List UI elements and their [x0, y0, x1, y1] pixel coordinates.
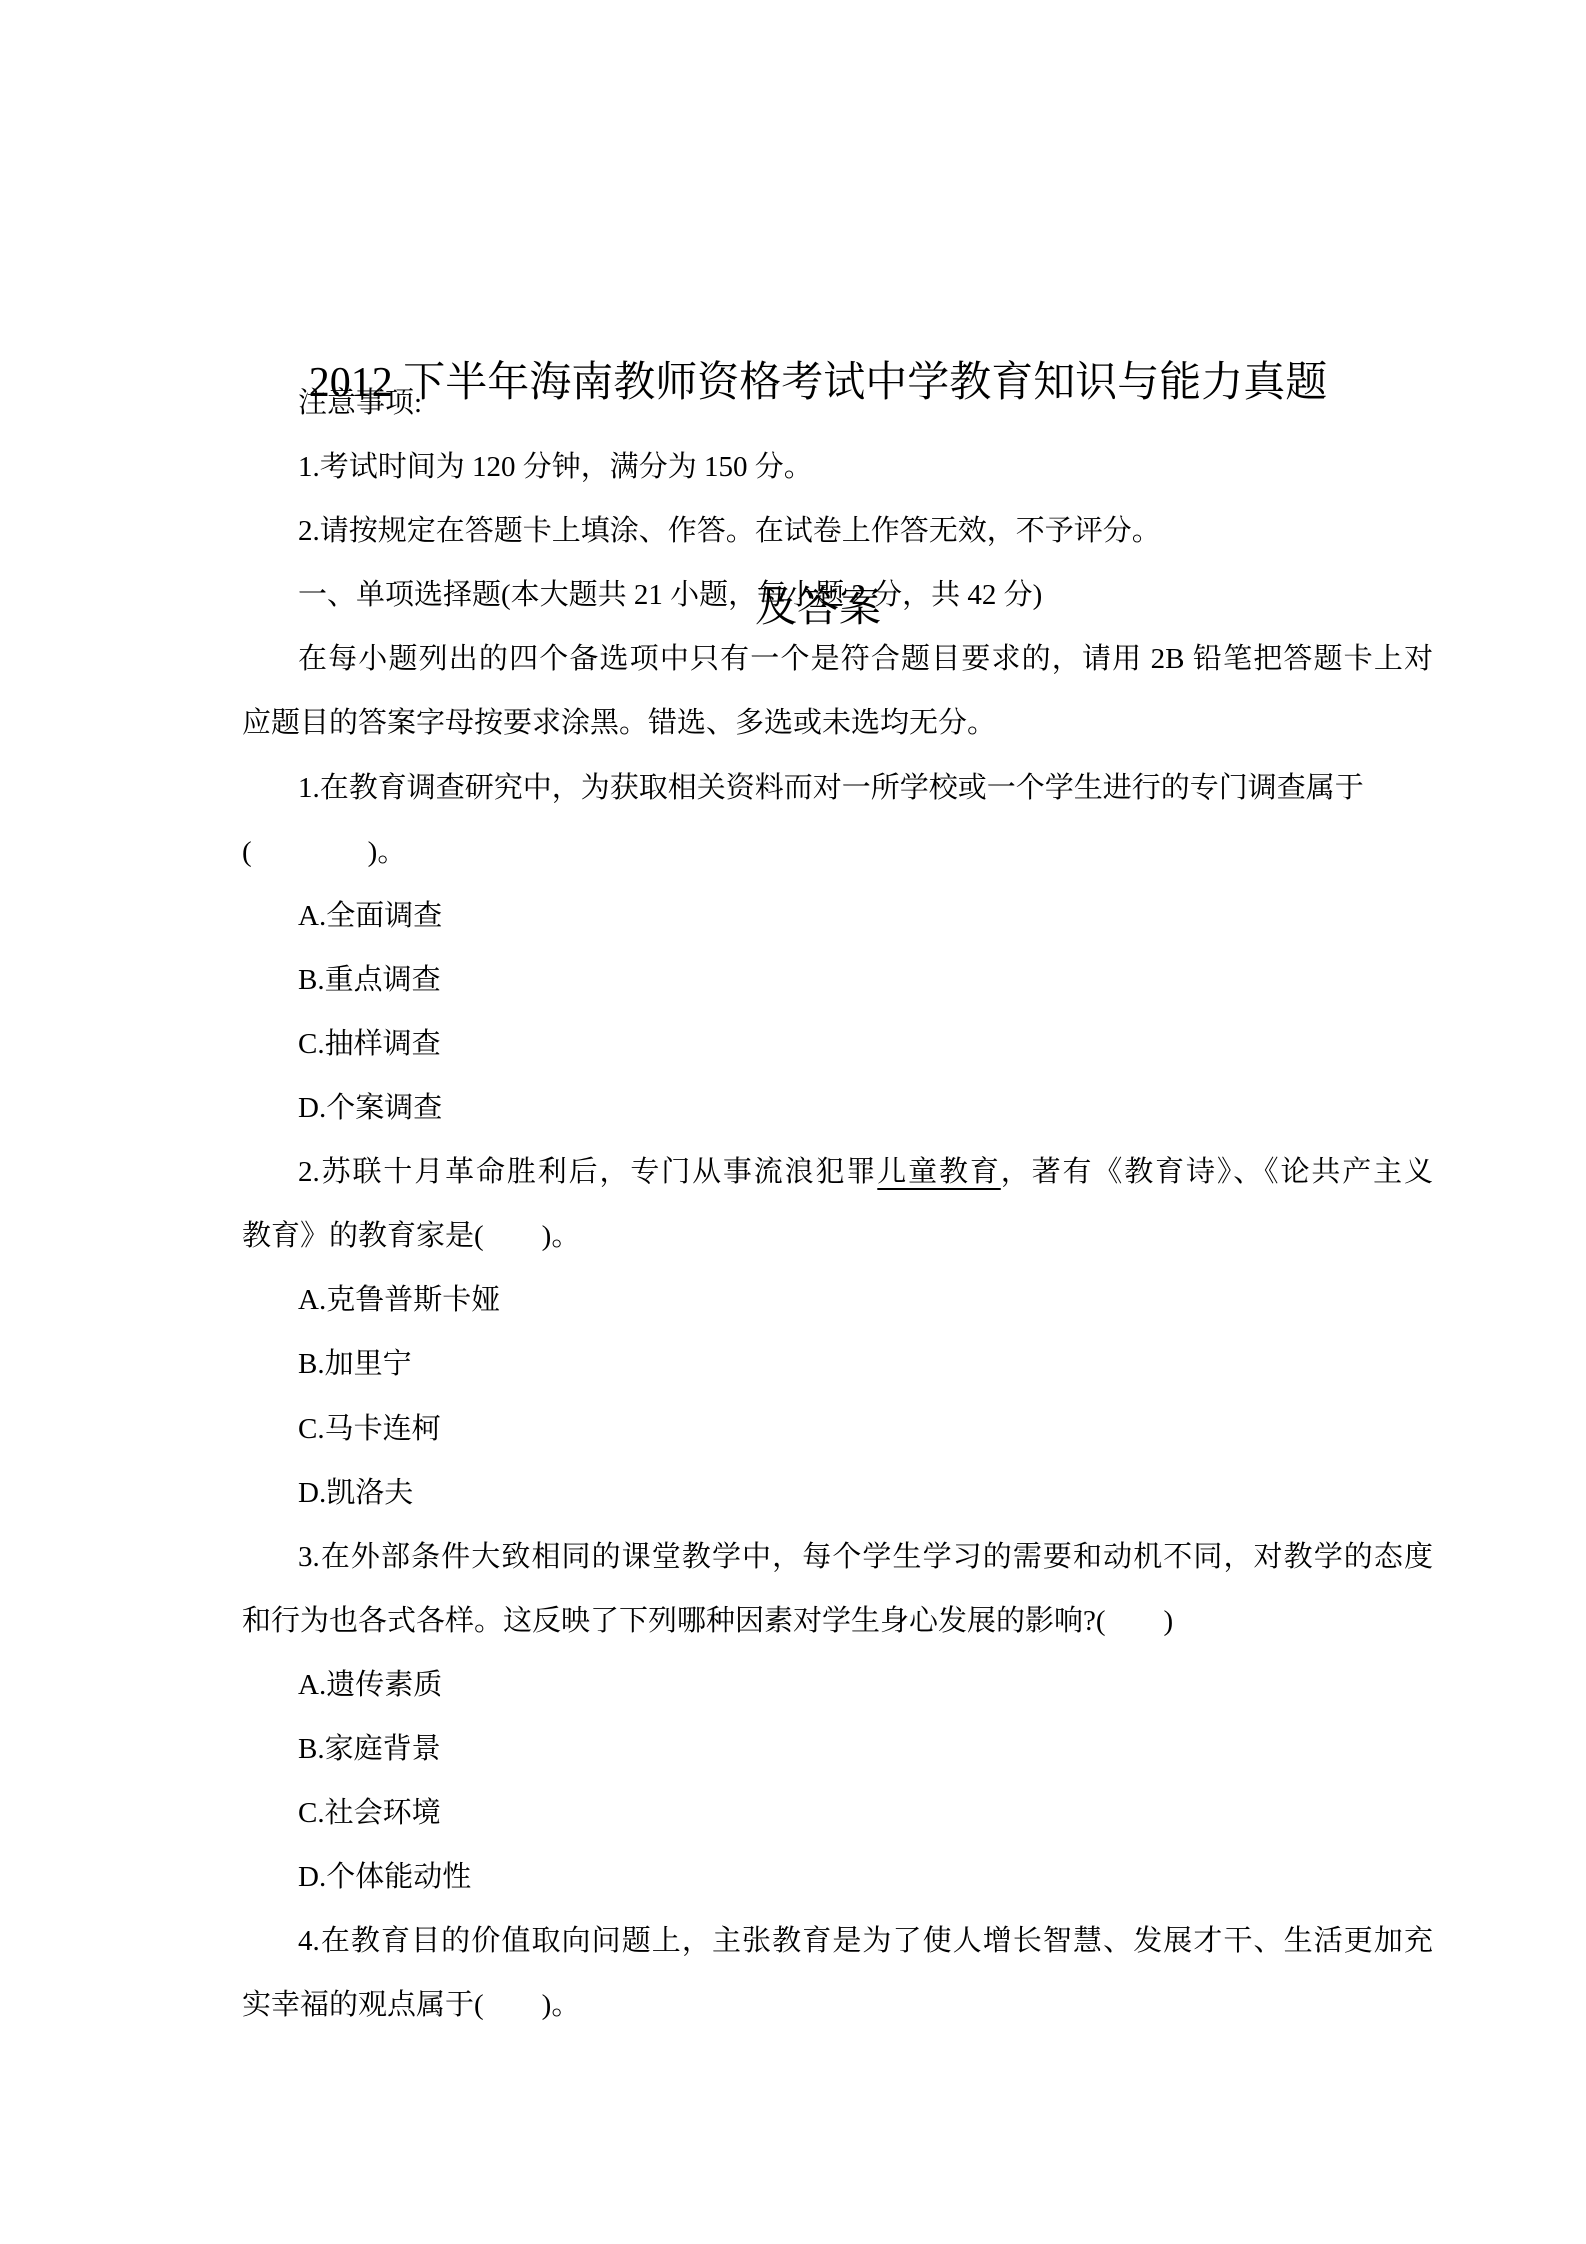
question-3-stem-line-1: 3.在外部条件大致相同的课堂教学中，每个学生学习的需要和动机不同，对教学的态度 [242, 1525, 1433, 1589]
question-1-option-a: A.全面调查 [242, 884, 1433, 948]
question-2-stem-line-1: 2.苏联十月革命胜利后，专门从事流浪犯罪儿童教育，著有《教育诗》、《论共产主义 [242, 1140, 1433, 1204]
question-3-option-a: A.遗传素质 [242, 1653, 1433, 1717]
question-2-stem-line-2: 教育》的教育家是( )。 [242, 1204, 1433, 1268]
question-2-option-b: B.加里宁 [242, 1332, 1433, 1396]
question-3-option-d: D.个体能动性 [242, 1845, 1433, 1909]
notice-item-2: 2.请按规定在答题卡上填涂、作答。在试卷上作答无效，不予评分。 [242, 499, 1433, 563]
question-1-option-c: C.抽样调查 [242, 1012, 1433, 1076]
section-1-instructions-line-1: 在每小题列出的四个备选项中只有一个是符合题目要求的，请用 2B 铅笔把答题卡上对 [242, 627, 1433, 691]
question-2-stem-pre: 2.苏联十月革命胜利后，专门从事流浪犯罪 [298, 1156, 877, 1188]
question-2-option-d: D.凯洛夫 [242, 1461, 1433, 1525]
question-4-stem-line-2: 实幸福的观点属于( )。 [242, 1973, 1433, 2037]
question-1-stem-line-2: ( )。 [242, 820, 1433, 884]
question-2-stem-post: ，著有《教育诗》、《论共产主义 [1001, 1156, 1433, 1188]
document-page: 2012 下半年海南教师资格考试中学教育知识与能力真题 及答案 注意事项: 1.… [0, 0, 1586, 2244]
question-3-option-b: B.家庭背景 [242, 1717, 1433, 1781]
section-1-heading: 一、单项选择题(本大题共 21 小题，每小题 2 分，共 42 分) [242, 563, 1433, 627]
question-2-option-a: A.克鲁普斯卡娅 [242, 1268, 1433, 1332]
document-body: 注意事项: 1.考试时间为 120 分钟，满分为 150 分。 2.请按规定在答… [242, 371, 1433, 2037]
notice-heading: 注意事项: [242, 371, 1433, 435]
notice-item-1: 1.考试时间为 120 分钟，满分为 150 分。 [242, 435, 1433, 499]
question-2-option-c: C.马卡连柯 [242, 1397, 1433, 1461]
question-1-option-b: B.重点调查 [242, 948, 1433, 1012]
question-1-option-d: D.个案调查 [242, 1076, 1433, 1140]
question-2-underlined-text: 儿童教育 [877, 1156, 1000, 1188]
question-4-stem-line-1: 4.在教育目的价值取向问题上，主张教育是为了使人增长智慧、发展才干、生活更加充 [242, 1909, 1433, 1973]
section-1-instructions-line-2: 应题目的答案字母按要求涂黑。错选、多选或未选均无分。 [242, 691, 1433, 755]
question-1-stem-line-1: 1.在教育调查研究中，为获取相关资料而对一所学校或一个学生进行的专门调查属于 [242, 756, 1433, 820]
question-3-stem-line-2: 和行为也各式各样。这反映了下列哪种因素对学生身心发展的影响?( ) [242, 1589, 1433, 1653]
question-3-option-c: C.社会环境 [242, 1781, 1433, 1845]
